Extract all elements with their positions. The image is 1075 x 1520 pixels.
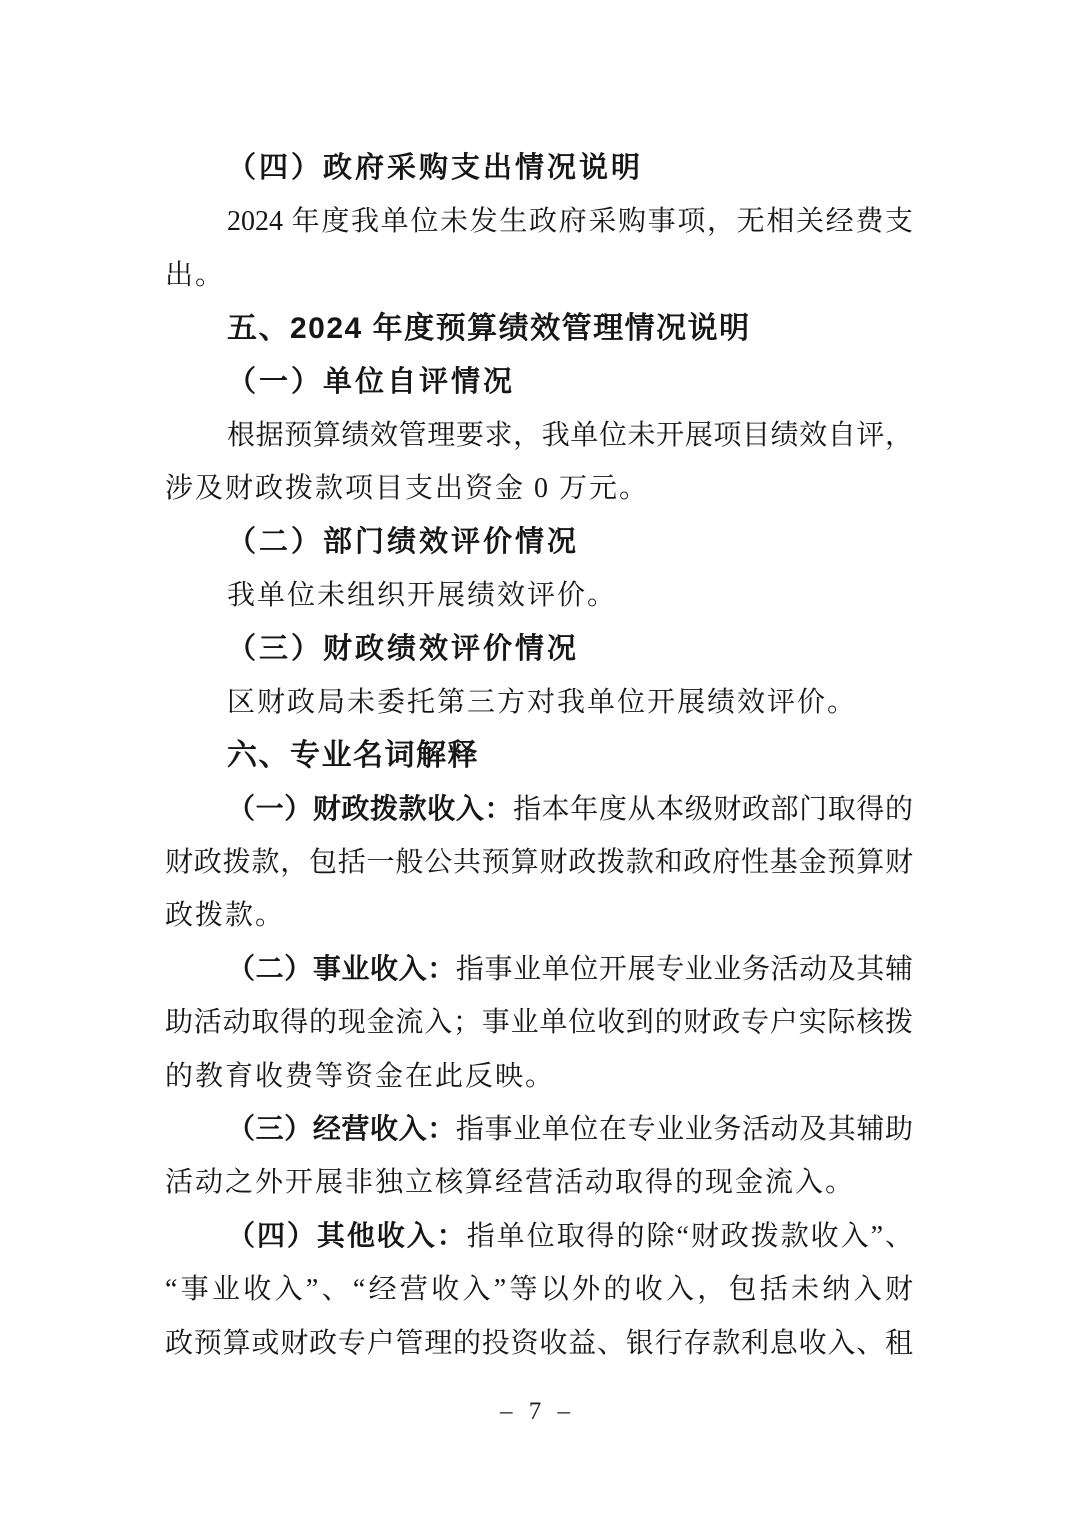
text-line: 财政拨款，包括一般公共预算财政拨款和政府性基金预算财 — [165, 836, 913, 889]
document-page: （四）政府采购支出情况说明2024 年度我单位未发生政府采购事项，无相关经费支出… — [0, 0, 1075, 1520]
text-line: （三）经营收入：指事业单位在专业业务活动及其辅助 — [165, 1103, 913, 1156]
text-run: 五、2024 年度预算绩效管理情况说明 — [227, 312, 751, 345]
text-run: 政拨款。 — [165, 900, 285, 931]
text-run: （二）事业收入： — [227, 954, 456, 985]
page-number: – 7 – — [0, 1398, 1075, 1426]
text-line: 区财政局未委托第三方对我单位开展绩效评价。 — [165, 676, 913, 729]
document-body: （四）政府采购支出情况说明2024 年度我单位未发生政府采购事项，无相关经费支出… — [165, 142, 913, 1370]
text-run: 活动之外开展非独立核算经营活动取得的现金流入。 — [165, 1167, 855, 1198]
text-run: 2024 年度我单位未发生政府采购事项，无相关经费支 — [227, 206, 913, 237]
text-run: （三）经营收入： — [227, 1114, 456, 1145]
text-line: 2024 年度我单位未发生政府采购事项，无相关经费支 — [165, 195, 913, 248]
text-run: 指单位取得的除“财政拨款收入”、 — [467, 1221, 913, 1252]
text-run: （一）单位自评情况 — [227, 366, 515, 398]
text-run: 涉及财政拨款项目支出资金 0 万元。 — [165, 473, 649, 504]
text-line: 的教育收费等资金在此反映。 — [165, 1050, 913, 1103]
text-run: 指本年度从本级财政部门取得的 — [513, 794, 913, 825]
text-run: （四）其他收入： — [227, 1221, 467, 1252]
text-run: “事业收入”、“经营收入”等以外的收入，包括未纳入财 — [165, 1274, 913, 1305]
heading-line: 六、专业名词解释 — [165, 729, 913, 782]
text-line: （一）财政拨款收入：指本年度从本级财政部门取得的 — [165, 783, 913, 836]
heading-line: （二）部门绩效评价情况 — [165, 516, 913, 569]
text-line: 助活动取得的现金流入；事业单位收到的财政专户实际核拨 — [165, 996, 913, 1049]
heading-line: （三）财政绩效评价情况 — [165, 623, 913, 676]
text-run: （二）部门绩效评价情况 — [227, 526, 579, 558]
text-run: 六、专业名词解释 — [227, 739, 479, 772]
text-run: （三）财政绩效评价情况 — [227, 633, 579, 665]
text-run: 指事业单位在专业业务活动及其辅助 — [456, 1114, 913, 1145]
text-run: 财政拨款，包括一般公共预算财政拨款和政府性基金预算财 — [165, 847, 913, 878]
text-run: （一）财政拨款收入： — [227, 794, 513, 825]
text-line: 出。 — [165, 249, 913, 302]
text-run: 区财政局未委托第三方对我单位开展绩效评价。 — [227, 687, 857, 718]
text-run: 助活动取得的现金流入；事业单位收到的财政专户实际核拨 — [165, 1007, 913, 1038]
text-line: 涉及财政拨款项目支出资金 0 万元。 — [165, 462, 913, 515]
text-run: （四）政府采购支出情况说明 — [227, 152, 643, 184]
text-run: 的教育收费等资金在此反映。 — [165, 1061, 555, 1092]
text-run: 我单位未组织开展绩效评价。 — [227, 580, 617, 611]
heading-line: （一）单位自评情况 — [165, 356, 913, 409]
text-run: 根据预算绩效管理要求，我单位未开展项目绩效自评， — [227, 420, 913, 451]
heading-line: （四）政府采购支出情况说明 — [165, 142, 913, 195]
text-line: （四）其他收入：指单位取得的除“财政拨款收入”、 — [165, 1210, 913, 1263]
text-line: “事业收入”、“经营收入”等以外的收入，包括未纳入财 — [165, 1263, 913, 1316]
text-run: 出。 — [165, 260, 225, 291]
heading-line: 五、2024 年度预算绩效管理情况说明 — [165, 302, 913, 355]
text-run: 指事业单位开展专业业务活动及其辅 — [456, 954, 913, 985]
text-line: 政预算或财政专户管理的投资收益、银行存款利息收入、租 — [165, 1317, 913, 1370]
text-line: 政拨款。 — [165, 889, 913, 942]
text-line: （二）事业收入：指事业单位开展专业业务活动及其辅 — [165, 943, 913, 996]
text-run: 政预算或财政专户管理的投资收益、银行存款利息收入、租 — [165, 1328, 913, 1359]
text-line: 活动之外开展非独立核算经营活动取得的现金流入。 — [165, 1156, 913, 1209]
text-line: 根据预算绩效管理要求，我单位未开展项目绩效自评， — [165, 409, 913, 462]
text-line: 我单位未组织开展绩效评价。 — [165, 569, 913, 622]
